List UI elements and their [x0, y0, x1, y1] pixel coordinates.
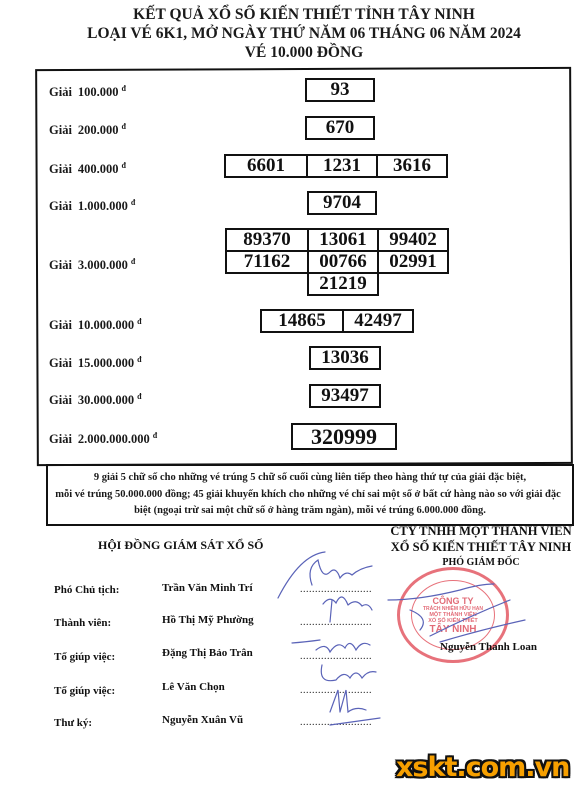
title-line-2: LOẠI VÉ 6K1, MỞ NGÀY THỨ NĂM 06 THÁNG 06… [30, 25, 578, 43]
winning-number: 00766 [307, 250, 379, 274]
council-title: HỘI ĐỒNG GIÁM SÁT XỔ SỐ [98, 538, 263, 553]
winning-number: 71162 [225, 250, 309, 274]
prize-word: Giải [49, 393, 72, 407]
signature-line: ........................ [300, 717, 380, 728]
stamp-text: CÔNG TY [432, 596, 473, 606]
member-name: Hồ Thị Mỹ Phường [162, 614, 254, 626]
prize-numbers: 71162 00766 02991 [225, 250, 449, 274]
prize-amount: 100.000 [78, 85, 119, 99]
prize-label: Giải100.000đ [49, 84, 126, 100]
prize-numbers: 670 [305, 116, 375, 140]
member-role: Tổ giúp việc: [54, 685, 115, 697]
member-name: Nguyễn Xuân Vũ [162, 714, 243, 726]
signature-line: ........................ [300, 584, 380, 595]
prize-numbers: 93 [305, 78, 375, 102]
winning-number: 6601 [224, 154, 308, 178]
member-name: Trần Văn Minh Trí [162, 582, 253, 594]
prize-numbers: 14865 42497 [260, 309, 414, 333]
currency-mark: đ [131, 257, 135, 266]
member-role: Tổ giúp việc: [54, 651, 115, 663]
winning-number: 89370 [225, 228, 309, 252]
prize-word: Giải [49, 318, 72, 332]
signature-line: ........................ [300, 651, 380, 662]
winning-number: 21219 [307, 272, 379, 296]
signature-line: ........................ [300, 685, 380, 696]
prize-label: Giải30.000.000đ [49, 392, 142, 408]
prize-label: Giải3.000.000đ [49, 257, 135, 273]
prize-numbers: 21219 [307, 272, 379, 296]
member-name: Lê Văn Chọn [162, 681, 225, 693]
winning-number: 13061 [307, 228, 379, 252]
member-role: Phó Chủ tịch: [54, 584, 119, 596]
note-line: 9 giải 5 chữ số cho những vé trúng 5 chữ… [48, 470, 572, 487]
prize-word: Giải [49, 258, 72, 272]
prize-amount: 10.000.000 [78, 318, 134, 332]
title-line-1: KẾT QUẢ XỔ SỐ KIẾN THIẾT TỈNH TÂY NINH [30, 6, 578, 24]
prize-label: Giải15.000.000đ [49, 355, 142, 371]
signature-line: ........................ [300, 617, 380, 628]
currency-mark: đ [153, 431, 157, 440]
prize-amount: 3.000.000 [78, 258, 128, 272]
winning-number: 670 [305, 116, 375, 140]
winning-number: 14865 [260, 309, 344, 333]
prize-word: Giải [49, 199, 72, 213]
stamp-text: TÂY NINH [429, 624, 476, 635]
winning-number: 93497 [309, 384, 381, 408]
company-line-1: CTY TNHH MỘT THÀNH VIÊN [384, 523, 578, 539]
watermark-logo: xskt.com.vn [396, 752, 569, 783]
prize-numbers: 9704 [307, 191, 377, 215]
currency-mark: đ [131, 198, 135, 207]
prize-label: Giải400.000đ [49, 161, 126, 177]
currency-mark: đ [122, 84, 126, 93]
prize-label: Giải200.000đ [49, 122, 126, 138]
prize-label: Giải1.000.000đ [49, 198, 135, 214]
prize-amount: 400.000 [78, 162, 119, 176]
director-name: Nguyễn Thanh Loan [440, 641, 537, 653]
currency-mark: đ [122, 122, 126, 131]
prize-numbers: 13036 [309, 346, 381, 370]
prize-amount: 1.000.000 [78, 199, 128, 213]
prize-word: Giải [49, 162, 72, 176]
member-name: Đặng Thị Bảo Trân [162, 647, 253, 659]
member-role: Thư ký: [54, 717, 92, 729]
prize-word: Giải [49, 85, 72, 99]
winning-number: 99402 [377, 228, 449, 252]
stamp-inner: CÔNG TY TRÁCH NHIỆM HỮU HẠN MỘT THÀNH VI… [411, 580, 495, 650]
prize-word: Giải [49, 356, 72, 370]
winning-number: 02991 [377, 250, 449, 274]
company-position: PHÓ GIÁM ĐỐC [384, 555, 578, 571]
currency-mark: đ [137, 317, 141, 326]
prize-note: 9 giải 5 chữ số cho những vé trúng 5 chữ… [46, 464, 574, 526]
currency-mark: đ [122, 161, 126, 170]
prize-amount: 15.000.000 [78, 356, 134, 370]
winning-number: 93 [305, 78, 375, 102]
currency-mark: đ [137, 355, 141, 364]
special-prize-number: 320999 [291, 423, 397, 450]
winning-number: 1231 [306, 154, 378, 178]
special-prize-numbers: 320999 [291, 423, 397, 450]
company-block: CTY TNHH MỘT THÀNH VIÊN XỔ SỐ KIẾN THIẾT… [384, 523, 578, 571]
prize-label: Giải2.000.000.000đ [49, 431, 157, 447]
winning-number: 3616 [376, 154, 448, 178]
prize-numbers: 6601 1231 3616 [224, 154, 448, 178]
currency-mark: đ [137, 392, 141, 401]
title-line-3: VÉ 10.000 ĐỒNG [30, 44, 578, 62]
prize-word: Giải [49, 123, 72, 137]
prize-label: Giải10.000.000đ [49, 317, 142, 333]
prize-amount: 30.000.000 [78, 393, 134, 407]
company-line-2: XỔ SỐ KIẾN THIẾT TÂY NINH [384, 539, 578, 555]
prize-amount: 200.000 [78, 123, 119, 137]
winning-number: 42497 [342, 309, 414, 333]
prize-word: Giải [49, 432, 72, 446]
prize-amount: 2.000.000.000 [78, 432, 150, 446]
note-line: biệt (ngoại trừ sai một chữ số ở hàng tr… [48, 503, 572, 520]
winning-number: 9704 [307, 191, 377, 215]
note-line: mỗi vé trúng 50.000.000 đồng; 45 giải kh… [44, 487, 572, 504]
prize-numbers: 93497 [309, 384, 381, 408]
winning-number: 13036 [309, 346, 381, 370]
member-role: Thành viên: [54, 617, 111, 629]
prize-numbers: 89370 13061 99402 [225, 228, 449, 252]
